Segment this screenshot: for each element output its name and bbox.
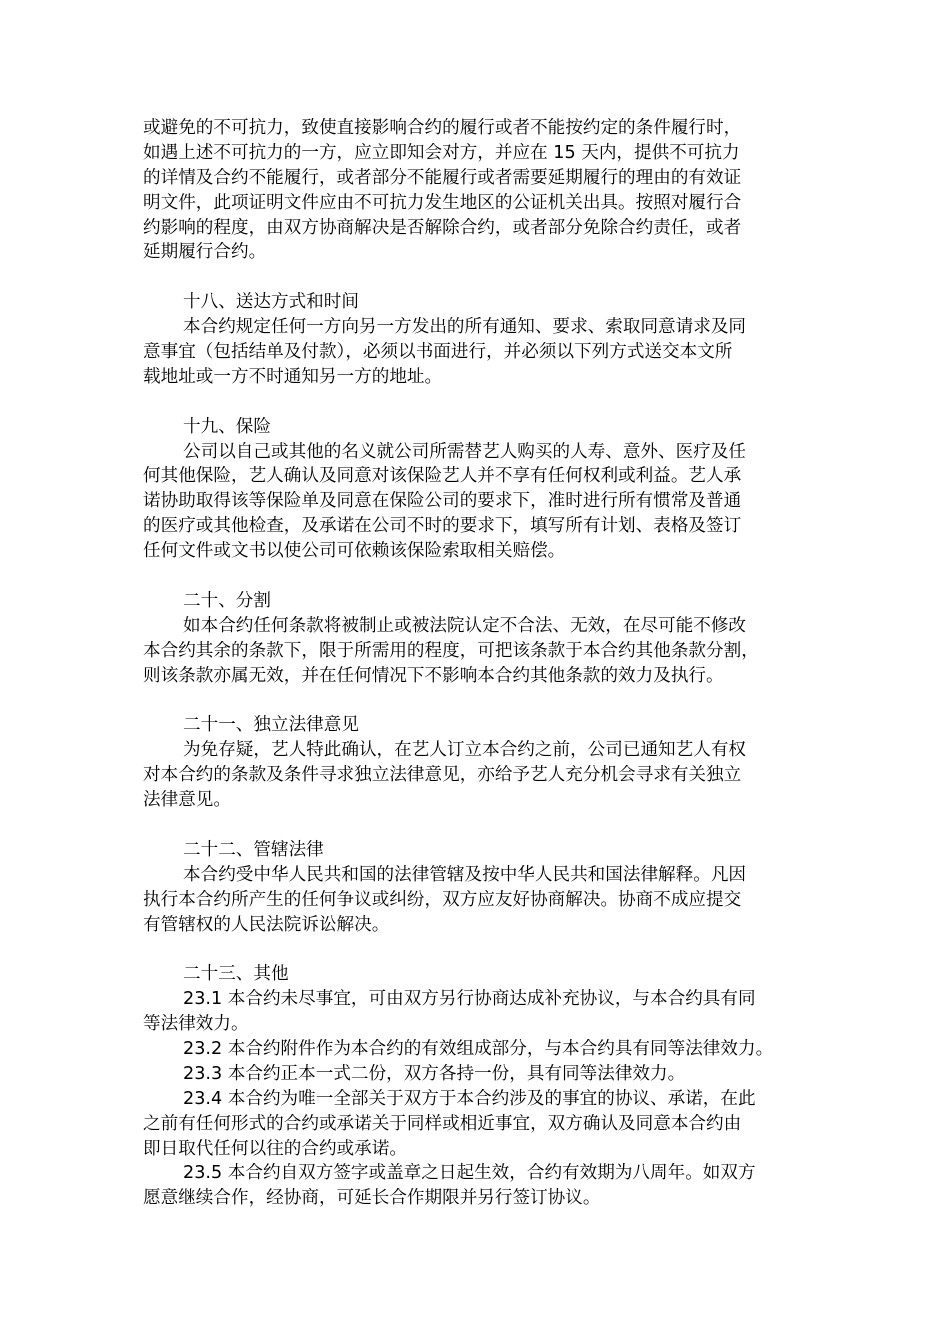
- paragraph-line: 载地址或一方不时通知另一方的地址。: [143, 365, 833, 390]
- paragraph-line: 执行本合约所产生的任何争议或纠纷，双方应友好协商解决。协商不成应提交: [143, 888, 833, 913]
- paragraph-line: 法律意见。: [143, 788, 833, 813]
- section-spacer: [143, 564, 833, 589]
- paragraph-line: 本合约规定任何一方向另一方发出的所有通知、要求、索取同意请求及同: [143, 315, 833, 340]
- paragraph-line: 如遇上述不可抗力的一方，应立即知会对方，并应在 15 天内，提供不可抗力: [143, 141, 833, 166]
- section-spacer: [143, 688, 833, 713]
- paragraph-line: 或避免的不可抗力，致使直接影响合约的履行或者不能按约定的条件履行时，: [143, 116, 833, 141]
- clause-23-5-line: 愿意继续合作，经协商，可延长合作期限并另行签订协议。: [143, 1186, 833, 1211]
- paragraph-line: 延期履行合约。: [143, 240, 833, 265]
- clause-23-3-line: 23.3 本合约正本一式二份，双方各持一份，具有同等法律效力。: [143, 1062, 833, 1087]
- paragraph-line: 本合约受中华人民共和国的法律管辖及按中华人民共和国法律解释。凡因: [143, 863, 833, 888]
- section-governing-law: 二十二、管辖法律 本合约受中华人民共和国的法律管辖及按中华人民共和国法律解释。凡…: [143, 838, 833, 938]
- section-miscellaneous: 二十三、其他 23.1 本合约未尽事宜，可由双方另行协商达成补充协议，与本合约具…: [143, 962, 833, 1211]
- document-page: 或避免的不可抗力，致使直接影响合约的履行或者不能按约定的条件履行时， 如遇上述不…: [143, 116, 833, 1211]
- paragraph-line: 本合约其余的条款下，限于所需用的程度，可把该条款于本合约其他条款分割，: [143, 639, 833, 664]
- section-insurance: 十九、保险 公司以自己或其他的名义就公司所需替艺人购买的人寿、意外、医疗及任 何…: [143, 415, 833, 564]
- clause-23-4-line: 即日取代任何以往的合约或承诺。: [143, 1137, 833, 1162]
- clause-23-4-line: 23.4 本合约为唯一全部关于双方于本合约涉及的事宜的协议、承诺，在此: [143, 1087, 833, 1112]
- section-heading: 二十二、管辖法律: [143, 838, 833, 863]
- section-heading: 十九、保险: [143, 415, 833, 440]
- paragraph-line: 意事宜（包括结单及付款），必须以书面进行，并必须以下列方式送交本文所: [143, 340, 833, 365]
- section-spacer: [143, 265, 833, 290]
- paragraph-line: 为免存疑，艺人特此确认，在艺人订立本合约之前，公司已通知艺人有权: [143, 738, 833, 763]
- clause-23-1-line: 23.1 本合约未尽事宜，可由双方另行协商达成补充协议，与本合约具有同: [143, 987, 833, 1012]
- paragraph-line: 任何文件或文书以使公司可依赖该保险索取相关赔偿。: [143, 539, 833, 564]
- paragraph-line: 则该条款亦属无效，并在任何情况下不影响本合约其他条款的效力及执行。: [143, 664, 833, 689]
- section-spacer: [143, 390, 833, 415]
- section-heading: 二十一、独立法律意见: [143, 713, 833, 738]
- paragraph-line: 诺协助取得该等保险单及同意在保险公司的要求下，准时进行所有惯常及普通: [143, 489, 833, 514]
- clause-23-5-line: 23.5 本合约自双方签字或盖章之日起生效，合约有效期为八周年。如双方: [143, 1161, 833, 1186]
- paragraph-line: 明文件，此项证明文件应由不可抗力发生地区的公证机关出具。按照对履行合: [143, 191, 833, 216]
- section-heading: 二十三、其他: [143, 962, 833, 987]
- paragraph-line: 的医疗或其他检查，及承诺在公司不时的要求下，填写所有计划、表格及签订: [143, 514, 833, 539]
- paragraph-line: 如本合约任何条款将被制止或被法院认定不合法、无效，在尽可能不修改: [143, 614, 833, 639]
- paragraph-line: 何其他保险，艺人确认及同意对该保险艺人并不享有任何权利或利益。艺人承: [143, 464, 833, 489]
- clause-23-4-line: 之前有任何形式的合约或承诺关于同样或相近事宜，双方确认及同意本合约由: [143, 1112, 833, 1137]
- section-spacer: [143, 937, 833, 962]
- paragraph-line: 有管辖权的人民法院诉讼解决。: [143, 913, 833, 938]
- section-heading: 十八、送达方式和时间: [143, 290, 833, 315]
- paragraph-line: 公司以自己或其他的名义就公司所需替艺人购买的人寿、意外、医疗及任: [143, 440, 833, 465]
- paragraph-line: 的详情及合约不能履行，或者部分不能履行或者需要延期履行的理由的有效证: [143, 166, 833, 191]
- section-independent-legal-advice: 二十一、独立法律意见 为免存疑，艺人特此确认，在艺人订立本合约之前，公司已通知艺…: [143, 713, 833, 813]
- clause-23-2-line: 23.2 本合约附件作为本合约的有效组成部分，与本合约具有同等法律效力。: [143, 1037, 833, 1062]
- clause-23-1-line: 等法律效力。: [143, 1012, 833, 1037]
- section-severability: 二十、分割 如本合约任何条款将被制止或被法院认定不合法、无效，在尽可能不修改 本…: [143, 589, 833, 689]
- section-spacer: [143, 813, 833, 838]
- paragraph-line: 对本合约的条款及条件寻求独立法律意见，亦给予艺人充分机会寻求有关独立: [143, 763, 833, 788]
- section-heading: 二十、分割: [143, 589, 833, 614]
- section-force-majeure-continued: 或避免的不可抗力，致使直接影响合约的履行或者不能按约定的条件履行时， 如遇上述不…: [143, 116, 833, 265]
- section-delivery: 十八、送达方式和时间 本合约规定任何一方向另一方发出的所有通知、要求、索取同意请…: [143, 290, 833, 390]
- paragraph-line: 约影响的程度，由双方协商解决是否解除合约，或者部分免除合约责任，或者: [143, 216, 833, 241]
